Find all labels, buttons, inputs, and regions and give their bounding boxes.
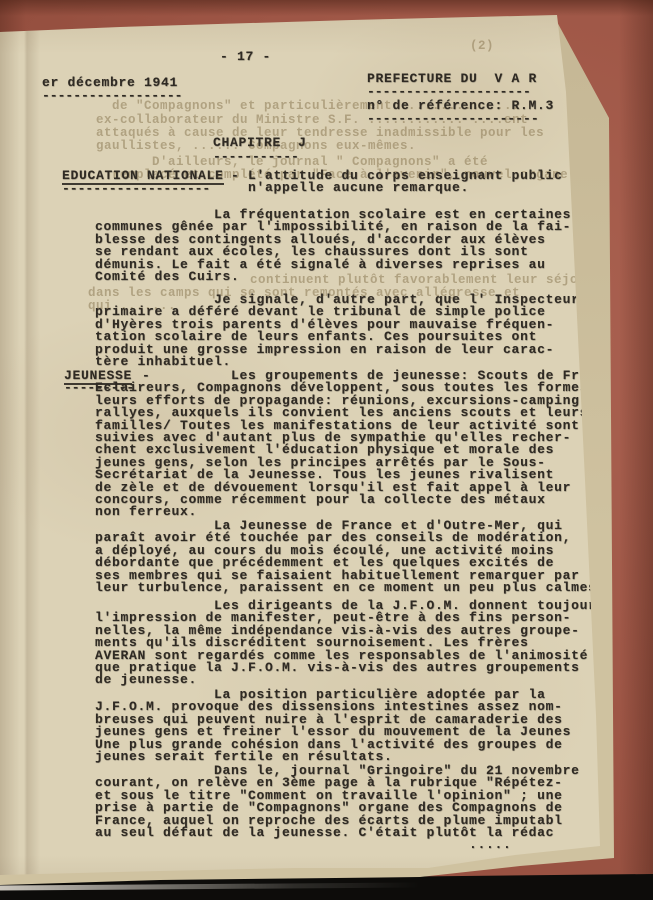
paragraph-education-attitude: - L'attitude du corps enseignant public …	[95, 170, 639, 195]
paragraph-inspecteur-hyeres: Je signale, d'autre part, que l' Inspect…	[95, 294, 580, 368]
scanned-archive-photo: { "header": { "page_number": "- 17 -", "…	[0, 0, 653, 900]
paragraph-groupements-jeunesse: Les groupements de jeunesse: Scouts de F…	[95, 370, 622, 519]
date-rule: ------------------	[42, 90, 182, 102]
ghost-text-line: attaqués à cause de leur tendresse inadm…	[96, 127, 544, 140]
scanner-light-streak	[0, 883, 420, 891]
chapter-rule: -----------	[213, 151, 299, 163]
ghost-corner-note: (2)	[470, 40, 494, 53]
ghost-text-line: D'ailleurs, le journal " Compagnons" a é…	[152, 156, 488, 169]
paragraph-jeunesse-outre-mer: La Jeunesse de France et d'Outre-Mer, qu…	[95, 520, 605, 594]
page-number: - 17 -	[220, 51, 271, 63]
prefecture-rule: ---------------------	[367, 86, 531, 98]
paragraph-dirigeants-jfom: Les dirigeants de la J.F.O.M. donnent to…	[95, 600, 605, 687]
paragraph-journal-gringoire: Dans le, journal "Gringoire" du 21 novem…	[95, 765, 580, 852]
reference-rule: ----------------------	[367, 113, 539, 125]
paragraph-position-jfom: La position particulière adoptée par la …	[95, 689, 571, 763]
paragraph-frequentation-scolaire: La fréquentation scolaire est en certain…	[95, 209, 571, 283]
paper-sheet: (2) de "Compagnons" et particulièrement …	[0, 0, 653, 900]
chapter-heading: CHAPITRE J	[213, 137, 307, 149]
